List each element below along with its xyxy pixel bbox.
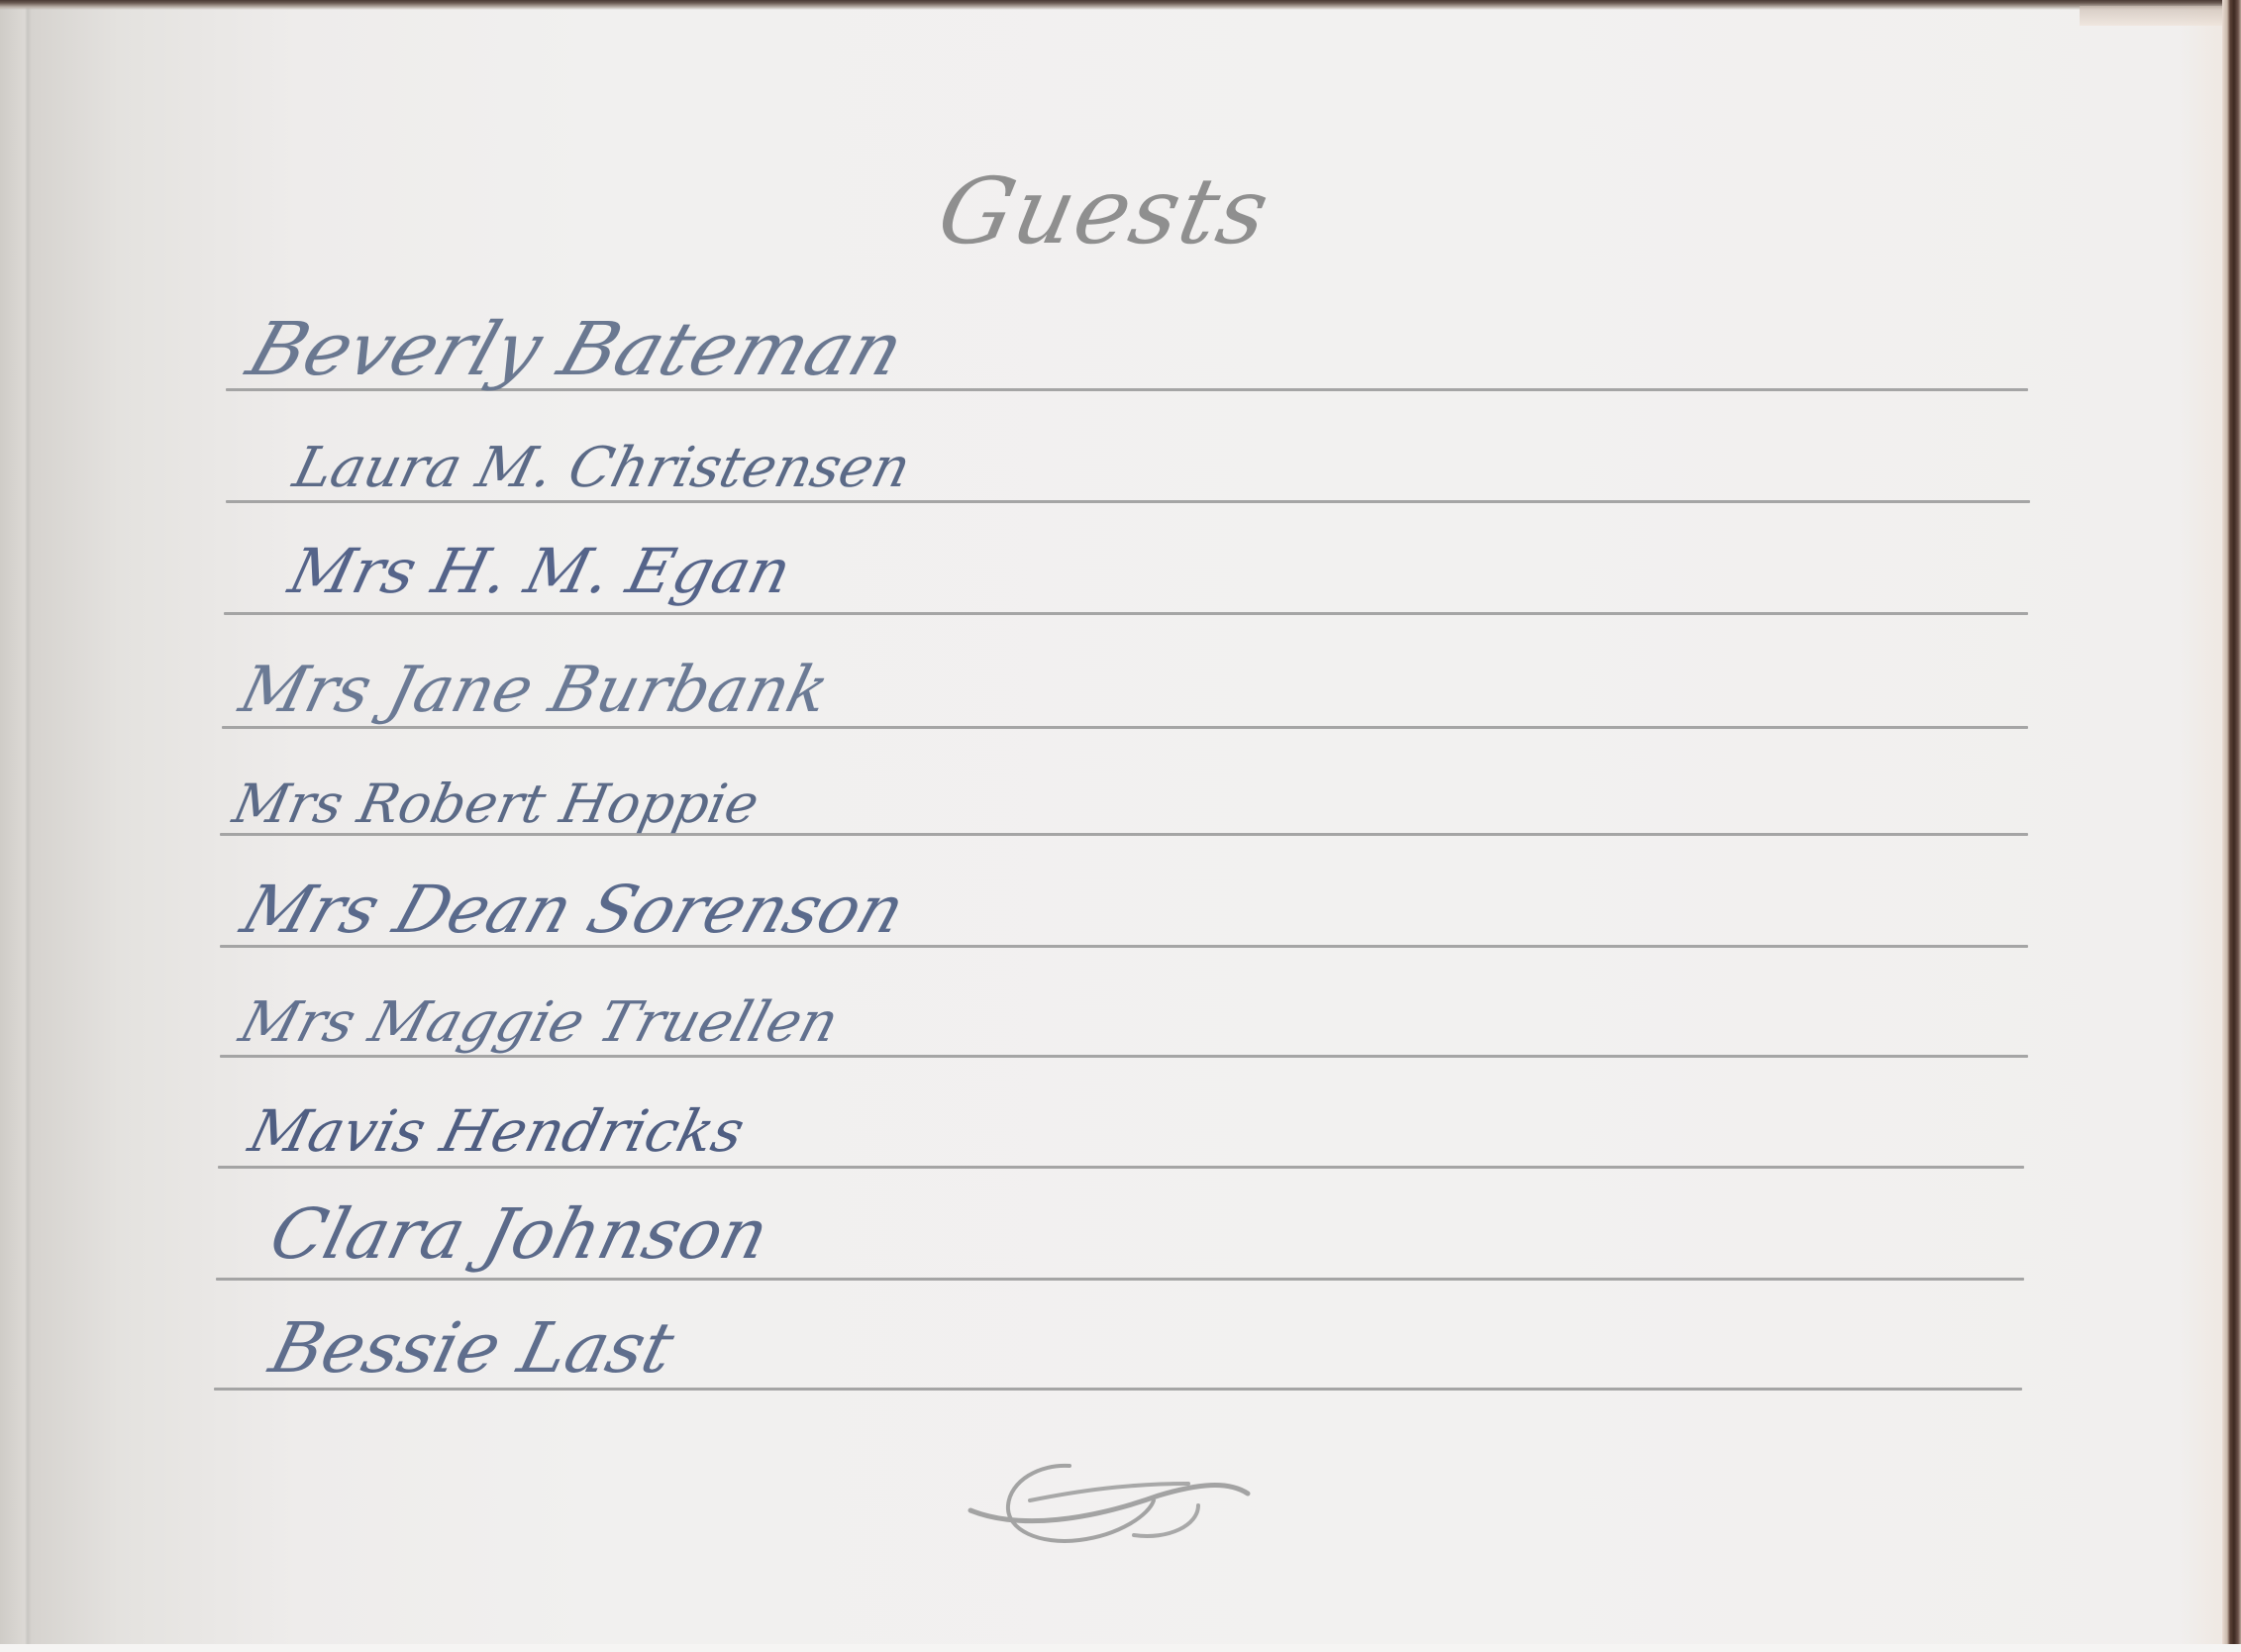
ruled-line [226,500,2030,503]
guestbook-page: Guests Beverly Bateman Laura M. Christen… [0,0,2241,1652]
guest-entry: Mrs Maggie Truellen [233,990,846,1055]
guest-entry: Bessie Last [262,1307,681,1389]
book-top-edge [0,0,2241,10]
guest-entry: Mrs Dean Sorenson [233,872,914,948]
page-stack-edge [2080,6,2228,26]
guest-entry: Beverly Bateman [238,307,914,392]
page-title: Guests [930,158,1279,264]
book-cover-edge [2222,0,2241,1652]
ruled-line [218,1166,2024,1169]
flourish-ornament-icon [931,1436,1258,1555]
guest-entry: Mrs Robert Hoppie [228,773,764,835]
guest-entry: Mrs Jane Burbank [233,654,836,727]
ruled-line [220,1055,2028,1058]
guest-entry: Mavis Hendricks [243,1097,752,1165]
guest-entry: Mrs H. M. Egan [282,535,798,607]
ruled-line [224,612,2028,615]
guest-entry: Laura M. Christensen [287,436,917,500]
guest-entry: Clara Johnson [262,1193,776,1275]
ruled-line [216,1278,2024,1281]
page-bottom-edge [0,1644,2241,1652]
